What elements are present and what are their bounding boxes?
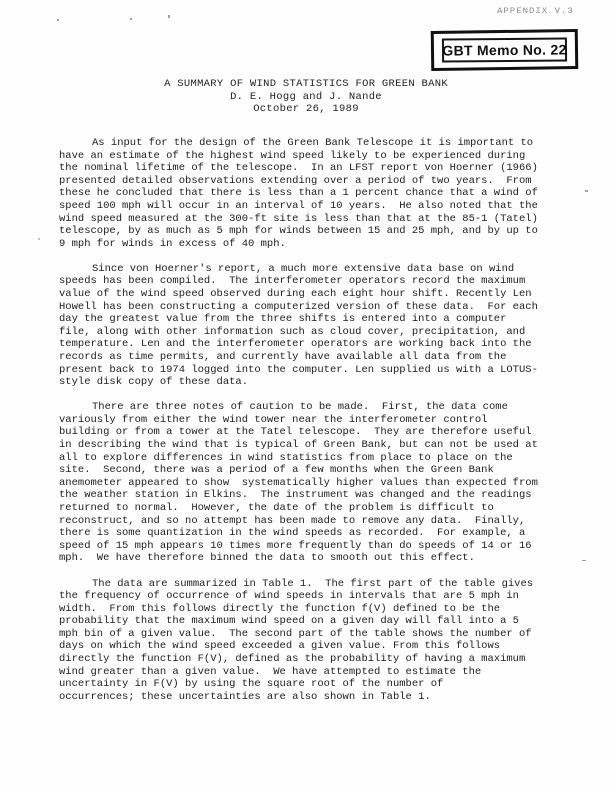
text-line: the nominal lifetime of the telescope. I… — [59, 162, 559, 175]
text-line: uncertainty in F(V) by using the square … — [59, 678, 559, 691]
scan-speck — [582, 560, 586, 561]
scan-speck — [57, 19, 59, 21]
text-line: telescope, by as much as 5 mph for winds… — [59, 225, 559, 238]
paragraph-3: There are three notes of caution to be m… — [59, 401, 559, 565]
text-line: present back to 1974 logged into the com… — [59, 364, 559, 377]
document-title: A SUMMARY OF WIND STATISTICS FOR GREEN B… — [60, 78, 552, 91]
text-line: wind greater than a given value. We have… — [59, 666, 559, 679]
scan-speck — [38, 238, 40, 240]
text-line: As input for the design of the Green Ban… — [59, 137, 559, 150]
gbt-memo-stamp: GBT Memo No. 22 — [431, 29, 579, 71]
text-line: the frequency of occurrence of wind spee… — [59, 590, 559, 603]
text-line: anemometer appeared to show systematical… — [59, 477, 559, 490]
text-line: records as time permits, and currently h… — [59, 351, 559, 364]
text-line: width. From this follows directly the fu… — [59, 603, 559, 616]
title-block: A SUMMARY OF WIND STATISTICS FOR GREEN B… — [60, 78, 552, 116]
text-line: value of the wind speed observed during … — [59, 288, 559, 301]
appendix-label: APPENDIX V.3 — [497, 6, 574, 16]
text-line: days on which the wind speed exceeded a … — [59, 640, 559, 653]
text-line: reconstruct, and so no attempt has been … — [59, 515, 559, 528]
text-line: have an estimate of the highest wind spe… — [59, 150, 559, 163]
text-line: variously from either the wind tower nea… — [59, 414, 559, 427]
gbt-memo-stamp-text: GBT Memo No. 22 — [442, 41, 566, 58]
text-line: in describing the wind that is typical o… — [59, 439, 559, 452]
gbt-memo-stamp-inner-border: GBT Memo No. 22 — [442, 37, 567, 62]
text-line: file, along with other information such … — [59, 326, 559, 339]
text-line: speeds has been compiled. The interferom… — [59, 275, 559, 288]
scan-speck — [585, 190, 588, 192]
text-line: speed 100 mph will occur in an interval … — [59, 200, 559, 213]
document-page: APPENDIX V.3 GBT Memo No. 22 A SUMMARY O… — [0, 0, 612, 792]
text-line: there is some quantization in the wind s… — [59, 527, 559, 540]
scan-speck — [130, 18, 132, 20]
text-line: The data are summarized in Table 1. The … — [59, 578, 559, 591]
text-line: site. Second, there was a period of a fe… — [59, 464, 559, 477]
text-line: 9 mph for winds in excess of 40 mph. — [59, 238, 559, 251]
text-line: returned to normal. However, the date of… — [59, 502, 559, 515]
text-line: day the greatest value from the three sh… — [59, 313, 559, 326]
text-line: all to explore differences in wind stati… — [59, 452, 559, 465]
scan-speck — [168, 15, 170, 18]
text-line: mph. We have therefore binned the data t… — [59, 552, 559, 565]
text-line: presented detailed observations extendin… — [59, 175, 559, 188]
text-line: Since von Hoerner's report, a much more … — [59, 263, 559, 276]
authors-line: D. E. Hogg and J. Nande — [60, 91, 552, 104]
text-line: temperature. Len and the interferometer … — [59, 338, 559, 351]
text-line: There are three notes of caution to be m… — [59, 401, 559, 414]
document-body: As input for the design of the Green Ban… — [59, 137, 559, 716]
text-line: occurrences; these uncertainties are als… — [59, 691, 559, 704]
text-line: the weather station in Elkins. The instr… — [59, 489, 559, 502]
text-line: style disk copy of these data. — [59, 376, 559, 389]
text-line: Howell has been constructing a computeri… — [59, 301, 559, 314]
text-line: speed of 15 mph appears 10 times more fr… — [59, 540, 559, 553]
text-line: wind speed measured at the 300-ft site i… — [59, 213, 559, 226]
text-line: these he concluded that there is less th… — [59, 187, 559, 200]
paragraph-1: As input for the design of the Green Ban… — [59, 137, 559, 250]
date-line: October 26, 1989 — [60, 103, 552, 116]
text-line: mph bin of a given value. The second par… — [59, 628, 559, 641]
paragraph-2: Since von Hoerner's report, a much more … — [59, 263, 559, 389]
text-line: building or from a tower at the Tatel te… — [59, 426, 559, 439]
paragraph-4: The data are summarized in Table 1. The … — [59, 578, 559, 704]
text-line: directly the function F(V), defined as t… — [59, 653, 559, 666]
text-line: probability that the maximum wind speed … — [59, 615, 559, 628]
